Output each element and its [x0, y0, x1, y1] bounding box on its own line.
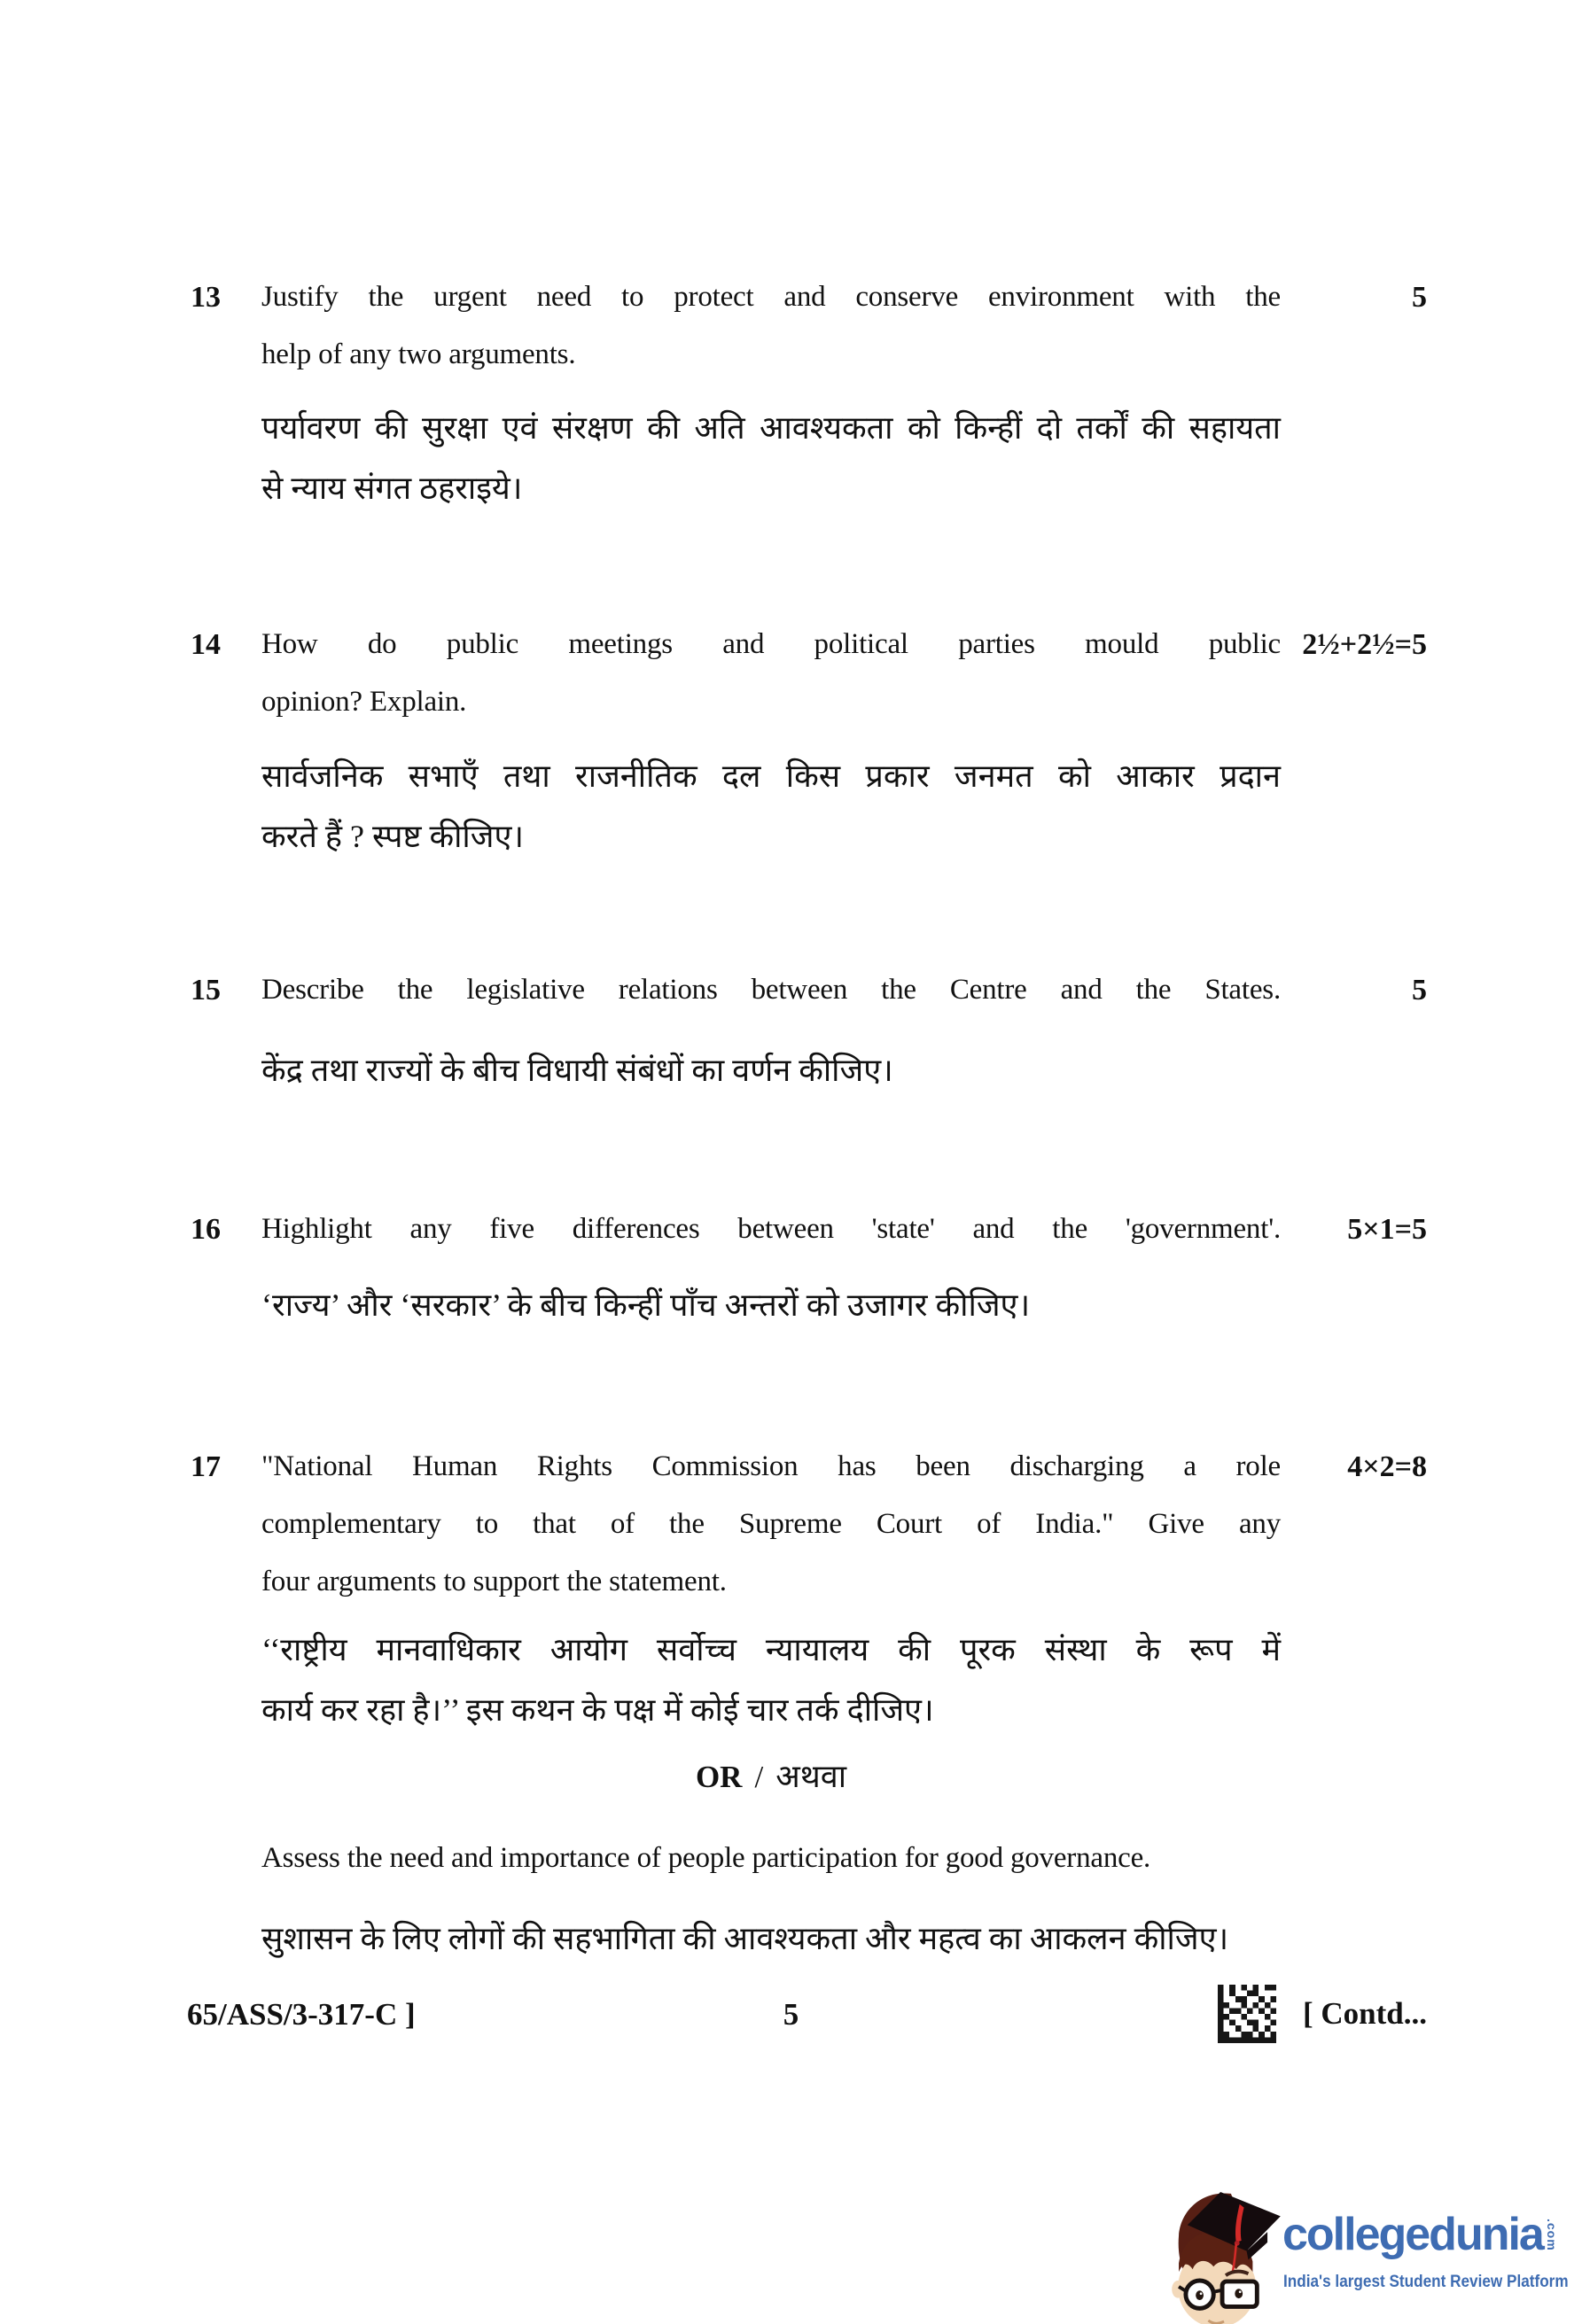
question-text-english: Justify the urgent need to protect and c…	[261, 268, 1281, 384]
alternative-question-hindi: सुशासन के लिए लोगों की सहभागिता की आवश्य…	[261, 1908, 1383, 1969]
question-text-english: How do public meetings and political par…	[261, 616, 1281, 731]
alternative-question-english: Assess the need and importance of people…	[261, 1830, 1383, 1887]
question-16: 16 5×1=5 Highlight any five differences …	[191, 1201, 1427, 1335]
brand-tld: .com	[1545, 2219, 1559, 2251]
collegedunia-logo: collegedunia .com India's largest Studen…	[1165, 2181, 1582, 2324]
question-marks: 5×1=5	[1347, 1201, 1427, 1258]
alternative-question: Assess the need and importance of people…	[261, 1830, 1383, 1969]
question-text-english: Describe the legislative relations betwe…	[261, 961, 1281, 1019]
question-17: 17 4×2=8 "National Human Rights Commissi…	[191, 1438, 1427, 1740]
question-13: 13 5 Justify the urgent need to protect …	[191, 268, 1427, 518]
or-separator: OR/अथवा	[261, 1748, 1281, 1806]
footer-right: [ Contd...	[1218, 1985, 1427, 2043]
question-number: 15	[191, 961, 221, 1019]
question-marks: 5	[1412, 961, 1427, 1019]
question-15: 15 5 Describe the legislative relations …	[191, 961, 1427, 1100]
text-line: opinion? Explain.	[261, 673, 1281, 731]
barcode-icon	[1218, 1985, 1276, 2043]
text-line: से न्याय संगत ठहराइये।	[261, 458, 1281, 518]
question-text-hindi: ‘राज्य’ और ‘सरकार’ के बीच किन्हीं पाँच अ…	[261, 1275, 1281, 1335]
or-divider: /	[754, 1760, 763, 1794]
question-text-english: "National Human Rights Commission has be…	[261, 1438, 1281, 1611]
question-number: 16	[191, 1201, 221, 1258]
question-marks: 2½+2½=5	[1302, 616, 1427, 673]
text-line: ‘राज्य’ और ‘सरकार’ के बीच किन्हीं पाँच अ…	[261, 1275, 1281, 1335]
text-line: help of any two arguments.	[261, 326, 1281, 384]
text-line: Highlight any five differences between '…	[261, 1201, 1281, 1258]
text-line: Justify the urgent need to protect and c…	[261, 268, 1281, 326]
collegedunia-mascot-icon	[1170, 2190, 1282, 2324]
or-label-english: OR	[696, 1760, 743, 1794]
question-number: 13	[191, 268, 221, 326]
text-line: four arguments to support the statement.	[261, 1553, 1281, 1611]
text-line: सुशासन के लिए लोगों की सहभागिता की आवश्य…	[261, 1908, 1383, 1969]
question-text-hindi: सार्वजनिक सभाएँ तथा राजनीतिक दल किस प्रक…	[261, 746, 1281, 867]
question-text-hindi: ‘‘राष्ट्रीय मानवाधिकार आयोग सर्वोच्च न्य…	[261, 1620, 1281, 1740]
text-line: "National Human Rights Commission has be…	[261, 1438, 1281, 1496]
text-line: पर्यावरण की सुरक्षा एवं संरक्षण की अति आ…	[261, 398, 1281, 458]
text-line: सार्वजनिक सभाएँ तथा राजनीतिक दल किस प्रक…	[261, 746, 1281, 806]
question-text-hindi: केंद्र तथा राज्यों के बीच विधायी संबंधों…	[261, 1040, 1281, 1100]
question-14: 14 2½+2½=5 How do public meetings and po…	[191, 616, 1427, 867]
text-line: केंद्र तथा राज्यों के बीच विधायी संबंधों…	[261, 1040, 1281, 1100]
text-line: करते हैं ? स्पष्ट कीजिए।	[261, 806, 1281, 867]
text-line: Assess the need and importance of people…	[261, 1830, 1383, 1887]
question-marks: 4×2=8	[1347, 1438, 1427, 1496]
contd-label: [ Contd...	[1303, 1985, 1427, 2043]
question-text-english: Highlight any five differences between '…	[261, 1201, 1281, 1258]
text-line: ‘‘राष्ट्रीय मानवाधिकार आयोग सर्वोच्च न्य…	[261, 1620, 1281, 1680]
question-marks: 5	[1412, 268, 1427, 326]
text-line: Describe the legislative relations betwe…	[261, 961, 1281, 1019]
exam-paper-page: 13 5 Justify the urgent need to protect …	[0, 0, 1582, 2324]
or-label-hindi: अथवा	[775, 1759, 846, 1794]
text-line: How do public meetings and political par…	[261, 616, 1281, 673]
question-text-hindi: पर्यावरण की सुरक्षा एवं संरक्षण की अति आ…	[261, 398, 1281, 518]
brand-name: collegedunia	[1282, 2206, 1543, 2263]
text-line: complementary to that of the Supreme Cou…	[261, 1496, 1281, 1553]
text-line: कार्य कर रहा है।’’ इस कथन के पक्ष में को…	[261, 1680, 1281, 1740]
question-number: 17	[191, 1438, 221, 1496]
question-number: 14	[191, 616, 221, 673]
brand-tagline: India's largest Student Review Platform	[1283, 2272, 1569, 2292]
